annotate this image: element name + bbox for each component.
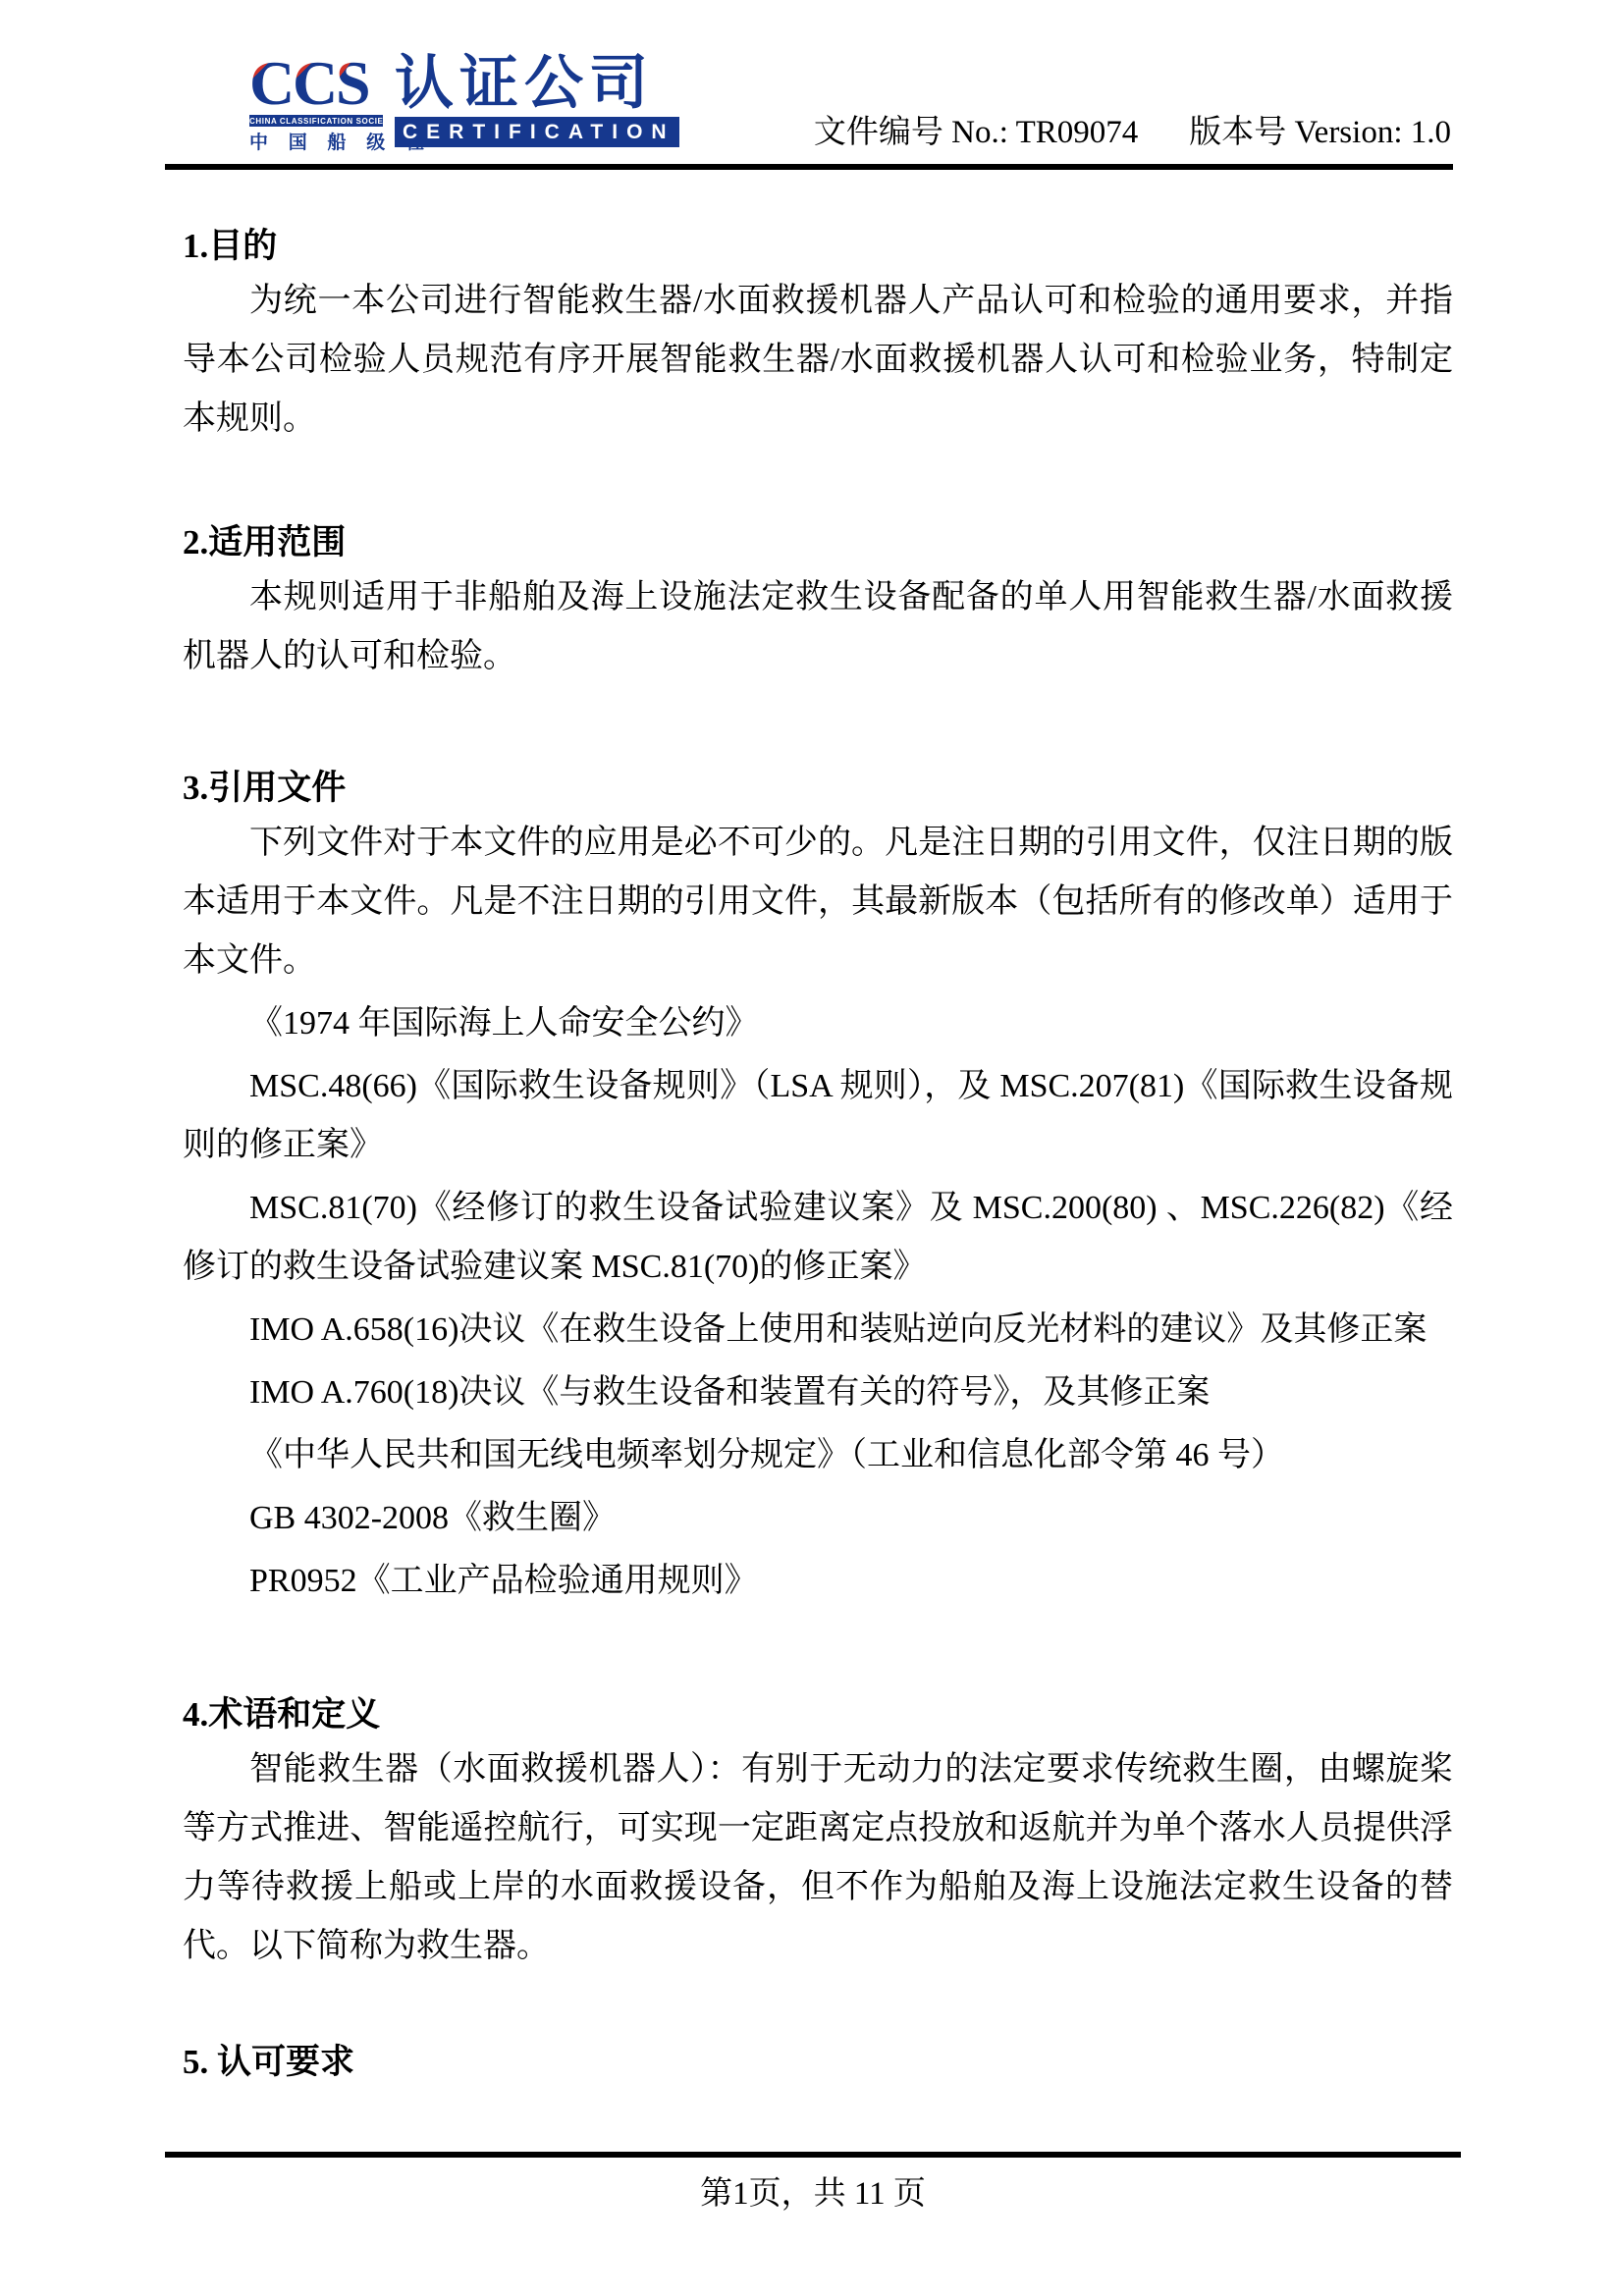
- reference-item: 《1974 年国际海上人命安全公约》: [183, 994, 1453, 1053]
- section-heading: 1.目的: [183, 225, 1453, 268]
- document-meta: 文件编号 No.: TR09074版本号 Version: 1.0: [814, 106, 1451, 154]
- reference-item: MSC.81(70)《经修订的救生设备试验建议案》及 MSC.200(80) 、…: [183, 1179, 1453, 1297]
- ccs-letter-s: S: [336, 53, 371, 114]
- ccs-letter-c2: C: [293, 53, 338, 114]
- ccs-logo-left: C C S CHINA CLASSIFICATION SOCIETY 中 国 船…: [249, 53, 383, 154]
- document-page: C C S CHINA CLASSIFICATION SOCIETY 中 国 船…: [0, 0, 1616, 2296]
- ccs-letters-icon: C C S: [249, 53, 383, 114]
- page-number: 第1页，共 11 页: [165, 2167, 1461, 2214]
- header-divider: [165, 164, 1453, 170]
- section-heading: 5. 认可要求: [183, 2041, 1453, 2084]
- section-purpose: 1.目的 为统一本公司进行智能救生器/水面救援机器人产品认可和检验的通用要求，并…: [183, 225, 1453, 449]
- document-number: 文件编号 No.: TR09074: [814, 106, 1138, 152]
- ccs-logo: C C S CHINA CLASSIFICATION SOCIETY 中 国 船…: [249, 53, 679, 154]
- section-heading: 2.适用范围: [183, 521, 1453, 564]
- reference-item: 《中华人民共和国无线电频率划分规定》（工业和信息化部令第 46 号）: [183, 1426, 1453, 1485]
- page-header: C C S CHINA CLASSIFICATION SOCIETY 中 国 船…: [0, 0, 1616, 164]
- ccs-tagline-cn: 中 国 船 级 社: [249, 128, 383, 154]
- reference-item: GB 4302-2008《救生圈》: [183, 1489, 1453, 1548]
- section-references: 3.引用文件 下列文件对于本文件的应用是必不可少的。凡是注日期的引用文件，仅注日…: [183, 767, 1453, 1611]
- document-version: 版本号 Version: 1.0: [1189, 106, 1451, 152]
- section-scope: 2.适用范围 本规则适用于非船舶及海上设施法定救生设备配备的单人用智能救生器/水…: [183, 521, 1453, 686]
- paragraph: 本规则适用于非船舶及海上设施法定救生设备配备的单人用智能救生器/水面救援机器人的…: [183, 568, 1453, 686]
- paragraph: 智能救生器（水面救援机器人）：有别于无动力的法定要求传统救生圈，由螺旋桨等方式推…: [183, 1740, 1453, 1976]
- ccs-tagline-en: CHINA CLASSIFICATION SOCIETY: [249, 115, 383, 127]
- ccs-letter-c1: C: [249, 53, 295, 114]
- section-heading: 3.引用文件: [183, 767, 1453, 810]
- section-terms-definitions: 4.术语和定义 智能救生器（水面救援机器人）：有别于无动力的法定要求传统救生圈，…: [183, 1693, 1453, 1976]
- reference-item: MSC.48(66)《国际救生设备规则》（LSA 规则），及 MSC.207(8…: [183, 1057, 1453, 1175]
- reference-item: IMO A.760(18)决议《与救生设备和装置有关的符号》，及其修正案: [183, 1363, 1453, 1422]
- reference-item: PR0952《工业产品检验通用规则》: [183, 1552, 1453, 1611]
- section-approval-requirements: 5. 认可要求: [183, 2041, 1453, 2084]
- page-footer: 第1页，共 11 页: [165, 2152, 1461, 2214]
- footer-divider: [165, 2152, 1461, 2158]
- brand-name-cn: 认证公司: [395, 53, 679, 114]
- document-body: 1.目的 为统一本公司进行智能救生器/水面救援机器人产品认可和检验的通用要求，并…: [0, 225, 1616, 2084]
- reference-item: IMO A.658(16)决议《在救生设备上使用和装贴逆向反光材料的建议》及其修…: [183, 1301, 1453, 1360]
- ccs-logo-right: 认证公司 CERTIFICATION: [395, 53, 679, 147]
- paragraph: 下列文件对于本文件的应用是必不可少的。凡是注日期的引用文件，仅注日期的版本适用于…: [183, 814, 1453, 990]
- section-heading: 4.术语和定义: [183, 1693, 1453, 1736]
- paragraph: 为统一本公司进行智能救生器/水面救援机器人产品认可和检验的通用要求，并指导本公司…: [183, 272, 1453, 449]
- brand-name-en: CERTIFICATION: [395, 117, 679, 147]
